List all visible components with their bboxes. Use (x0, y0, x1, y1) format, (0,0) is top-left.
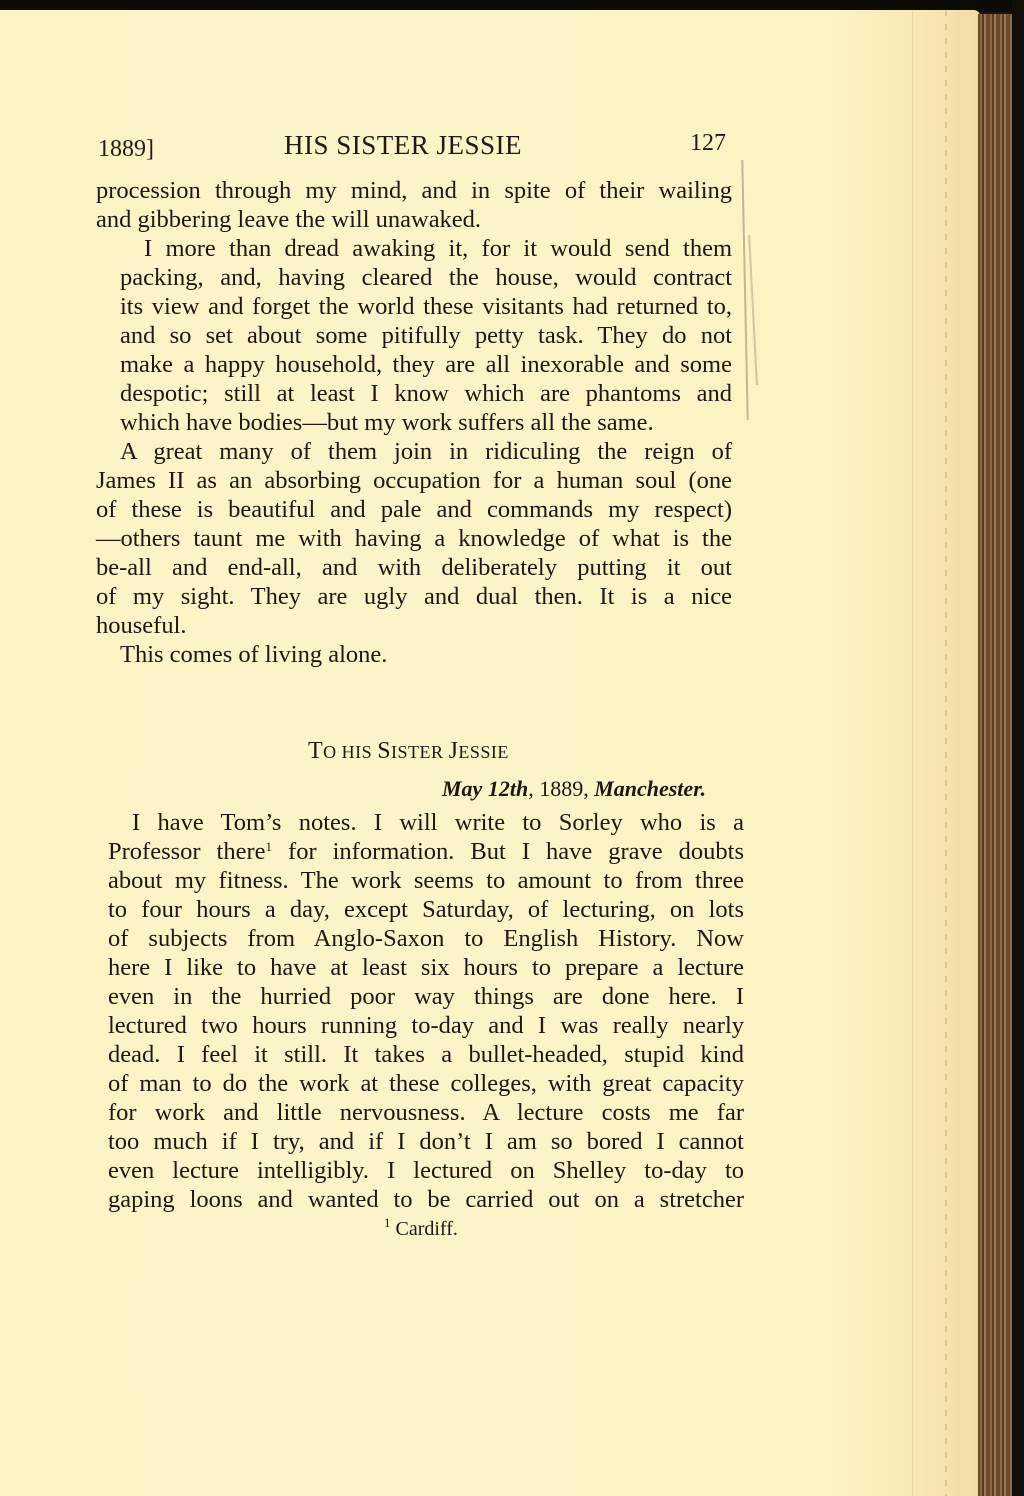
text-line: lectured two hours running to-day and I … (108, 1011, 744, 1040)
running-head-title: HIS SISTER JESSIE (284, 130, 522, 161)
footnote-ref: 1 (266, 839, 273, 854)
text-line: even lecture intelligibly. I lectured on… (108, 1156, 744, 1185)
continued-text: procession through my mind, and in spite… (96, 176, 732, 669)
text-line: despotic; still at least I know which ar… (96, 379, 732, 408)
heading-initial: T (308, 738, 323, 764)
text-line: I have Tom’s notes. I will write to Sorl… (108, 808, 744, 837)
text-line: of man to do the work at these colleges,… (108, 1069, 744, 1098)
text-fragment: for information. But I have grave doubts (288, 838, 744, 865)
text-line: gaping loons and wanted to be carried ou… (108, 1185, 744, 1214)
paragraph: I have Tom’s notes. I will write to Sorl… (108, 808, 744, 1214)
heading-smallcaps: ISTER (391, 742, 449, 762)
book-page-edges (978, 14, 1014, 1496)
scan-right-border (1012, 0, 1024, 1496)
dateline-date: May 12th (442, 776, 528, 801)
text-line: of subjects from Anglo-Saxon to English … (108, 924, 744, 953)
page-foxing-dots (945, 10, 947, 1496)
text-line: dead. I feel it still. It takes a bullet… (108, 1040, 744, 1069)
text-line: of these is beautiful and pale and comma… (96, 495, 732, 524)
text-line: packing, and, having cleared the house, … (96, 263, 732, 292)
text-line: and gibbering leave the will unawaked. (96, 205, 732, 234)
paragraph: procession through my mind, and in spite… (96, 176, 732, 234)
text-line: James II as an absorbing occupation for … (96, 466, 732, 495)
footnote-text: Cardiff. (396, 1218, 458, 1240)
text-line: Professor there1 for information. But I … (108, 837, 744, 866)
text-line: —others taunt me with having a knowledge… (96, 524, 732, 553)
text-line: its view and forget the world these visi… (96, 292, 732, 321)
text-line: to four hours a day, except Saturday, of… (108, 895, 744, 924)
text-line: This comes of living alone. (96, 640, 732, 669)
text-line: be-all and end-all, and with deliberatel… (96, 553, 732, 582)
text-line: of my sight. They are ugly and dual then… (96, 582, 732, 611)
paragraph: A great many of them join in ridiculing … (96, 437, 732, 640)
footnote-marker: 1 (384, 1215, 391, 1230)
text-line: for work and little nervousness. A lectu… (108, 1098, 744, 1127)
text-line: here I like to have at least six hours t… (108, 953, 744, 982)
text-line: about my fitness. The work seems to amou… (108, 866, 744, 895)
text-line: even in the hurried poor way things are … (108, 982, 744, 1011)
heading-initial: S (377, 738, 391, 764)
text-line: too much if I try, and if I don’t I am s… (108, 1127, 744, 1156)
paragraph: This comes of living alone. (96, 640, 732, 669)
dateline-year: , 1889, (528, 776, 594, 801)
footnote: 1 Cardiff. (384, 1218, 458, 1241)
letter-dateline: May 12th, 1889, Manchester. (442, 776, 706, 802)
text-fragment: Professor there (108, 838, 266, 865)
heading-smallcaps: ESSIE (458, 742, 509, 762)
running-head-year: 1889] (98, 136, 154, 163)
heading-smallcaps: O HIS (323, 742, 377, 762)
heading-initial: J (449, 738, 459, 764)
letter-heading: TO HIS SISTER JESSIE (308, 738, 509, 765)
running-head: 1889] HIS SISTER JESSIE 127 (98, 130, 726, 166)
text-line: A great many of them join in ridiculing … (96, 437, 732, 466)
text-line: houseful. (96, 611, 732, 640)
page-foxing-line (912, 10, 913, 1496)
text-line: and so set about some pitifully petty ta… (96, 321, 732, 350)
paragraph: I more than dread awaking it, for it wou… (96, 234, 732, 437)
page-number: 127 (690, 130, 726, 157)
text-line: I more than dread awaking it, for it wou… (96, 234, 732, 263)
letter-body: I have Tom’s notes. I will write to Sorl… (108, 808, 744, 1214)
text-line: procession through my mind, and in spite… (96, 176, 732, 205)
text-line: make a happy household, they are all ine… (96, 350, 732, 379)
dateline-place: Manchester. (594, 776, 706, 801)
text-line: which have bodies—but my work suffers al… (96, 408, 732, 437)
